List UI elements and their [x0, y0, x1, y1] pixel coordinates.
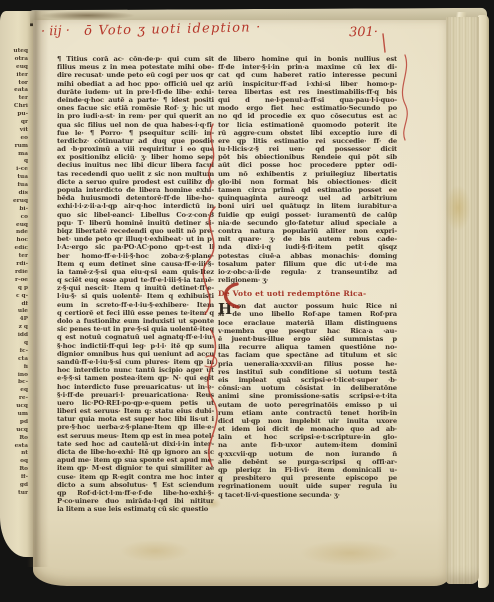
text-fragment: tua: [2, 174, 28, 182]
text-fragment: eō: [2, 135, 28, 143]
text-line: qui d ne·l·penul·a·ff·si qua·pau·l·i·quo…: [218, 96, 397, 104]
text-line: tosalum pater filium que dic ut·i·de ma: [218, 260, 397, 268]
text-fragment: hoc: [2, 237, 28, 245]
text-line: qua sic filius uel non de qua habes·i·q·…: [57, 121, 214, 129]
text-line: tas faciam que spectāne ad titulum et si…: [218, 351, 397, 359]
text-line: apud me· item qp sua sponte est apud me·: [57, 456, 214, 464]
text-line: P·co·uinere duo mirāda·l·qd ibi nititur: [57, 497, 214, 505]
text-line: ad ·b·proximū a viii requiritur i eo que: [57, 145, 214, 153]
text-line: cuse· item qp R·egit contra me hoc inter: [57, 473, 214, 481]
text-line: religionem· ʒ·: [218, 276, 397, 284]
text-line: alie debēnt se purga·scripsi q offi·ar-: [218, 458, 397, 466]
text-line: hoc interdicto nunc tantū iscipio ager u…: [57, 366, 214, 374]
text-line: z·§·qui nescit· Item q inuitū detinet·ff…: [57, 284, 214, 292]
text-fragment: eq: [2, 387, 28, 395]
text-line: terea libertas est res inestimabilis·ff·…: [218, 88, 397, 96]
cover-edge: [478, 15, 489, 588]
text-line: ia tamē·z·§·si qua eiu·q·si eam quis·Ite…: [57, 268, 214, 276]
text-fragment: fūa: [2, 182, 28, 190]
text-fragment: re-: [2, 395, 28, 403]
text-line: na ante fi·b·uxor autem·item dominī: [218, 441, 397, 449]
text-line: ē juent·bus·illue ergo siēd summistas p: [218, 335, 397, 343]
text-fragment: oq: [2, 458, 28, 466]
folio-number: 301·: [349, 25, 378, 41]
text-line: si de uno libello Rof·ape tamen Rof·pra: [218, 310, 397, 318]
text-line: sandū·ff·e·l·iu·§·si cum plures· item qp…: [57, 358, 214, 366]
text-line: modo ergo fiet hec estimatio·Secundo po: [218, 104, 397, 112]
text-line: q sciēt euq esse apud te·ff·e·l·iii·§·ia…: [57, 276, 214, 284]
text-fragment: vit: [2, 127, 28, 135]
text-line: dignior omnibus hus qui ueniunt ad accu: [57, 350, 214, 358]
text-line: lain et hoc scripsi·e·t·scripture·in glo…: [218, 433, 397, 441]
text-fragment: um: [2, 411, 28, 419]
text-line: pria ueneralia·xxxvii·an filius posse he…: [218, 360, 397, 368]
text-fragment: cta: [2, 356, 28, 364]
text-fragment: euq: [2, 64, 28, 72]
text-line: cōnsi:·an uotum cōsistat in deliberatōne: [218, 384, 397, 392]
text-line: l·iu·§· si quis uolentē· Item q exhibuis…: [57, 292, 214, 300]
text-line: q·xxcvii·qp uotum de non iurando ñ: [218, 450, 397, 458]
text-fragment: eata: [2, 87, 28, 95]
text-line: dicto a sum absolutus· ¶ Est sciendum: [57, 481, 214, 489]
text-fragment: df: [2, 301, 28, 309]
text-line: glo·ibi non format bis obiectiones· dici…: [218, 178, 397, 186]
text-fragment: Rō: [2, 435, 28, 443]
text-fragment: nt: [2, 450, 28, 458]
text-line: tor licia estimationē quomodo poterit it…: [218, 121, 397, 129]
text-fragment: Chri: [2, 103, 28, 111]
text-line: dolo a fustionibz eum induxisti ut spont…: [57, 317, 214, 325]
text-line: nda dixi·i·q iudi·§·fi·item petit qisqz: [218, 243, 397, 251]
text-line: tatur quia mota est super hoc libi lis·u…: [57, 415, 214, 423]
facing-page-text-fragments: uteqotraeuqitertoreataterChripu-qrviteōr…: [2, 48, 28, 498]
text-line: ariū inspicitur·ff·ad i·xhi·si liber hom…: [218, 80, 397, 88]
text-line: qp pleriqz in Fi·li·vi· item dominicali …: [218, 466, 397, 474]
text-line: tate sed hoc ad cautelā·ut dixi·i·in int…: [57, 440, 214, 448]
text-line: contra natura populariū aliter non expri…: [218, 227, 397, 235]
text-fragment: fi: [2, 364, 28, 372]
text-line: ones facue sic etiā romēsie Rof· ʒ· hic …: [57, 104, 214, 112]
text-fragment: Rō: [2, 466, 28, 474]
text-line: dicte a seruo quire prodest est cuilibz …: [57, 178, 214, 186]
edge-grime: [40, 11, 135, 20]
text-fragment: ma: [2, 151, 28, 159]
text-fragment: uteq: [2, 48, 28, 56]
text-line: illa recurre aliqua tamen questiōne no-: [218, 343, 397, 351]
text-line: mihi obediat a ad hoc ppo· officiū uel q…: [57, 80, 214, 88]
text-fragment: pu-: [2, 111, 28, 119]
text-line: q certiorē et feci illū esse penes te·it…: [57, 309, 214, 317]
text-line: ber homo·ff·e·l·ii·§·hoc zoba·z·§·plane·: [57, 252, 214, 260]
text-line: animi sine promissione·satis scripsi·e·t…: [218, 392, 397, 400]
text-line: loce eraclaue materiā illam distinguens: [218, 319, 397, 327]
fore-edge-page-stack: [446, 17, 479, 584]
text-line: uero lic·PO·REI·po·qp·e·quem petis ut: [57, 399, 214, 407]
text-fragment: ter: [2, 95, 28, 103]
text-line: eum in screto·ff·e·l·iu·§·exhibere· Item: [57, 301, 214, 309]
text-line: iu·l·licis·z·§ rei uen· qd possessor dic…: [218, 145, 397, 153]
text-line: exhi·l·i·z·ii·a·l·qp air·q·hoc interdict…: [57, 202, 214, 210]
right-column-lines-before: de libero homine qui in bonis nullius es…: [218, 55, 397, 284]
text-line: v·membra que pseqtur hac Rica·a ·au-: [218, 327, 397, 335]
text-line: filius meus z in mea potestate mihi obe-: [57, 63, 214, 71]
text-fragment: euq: [2, 222, 28, 230]
text-line: dire recusat· unde peto eū cogi per uos …: [57, 71, 214, 79]
book-photo: uteqotraeuqitertoreataterChripu-qrviteōr…: [0, 0, 494, 602]
text-line: biqz libertatē recedendi quo uelit nō pr…: [57, 227, 214, 235]
text-fragment: r-oe: [2, 277, 28, 285]
text-fragment: i-ce: [2, 166, 28, 174]
text-fragment: iter: [2, 72, 28, 80]
text-line: potestas ciuē·a abbas monachis· doming: [218, 252, 397, 260]
text-line: popula interdicto de libera homine exhi-: [57, 186, 214, 194]
text-line: quo sic libel·eanci· Libellus Co·z·con·8: [57, 211, 214, 219]
text-fragment: ucq: [2, 403, 28, 411]
text-fragment: tur: [2, 490, 28, 498]
text-fragment: q p: [2, 285, 28, 293]
right-column-lines-after: H non dat auctor possum huic Rice nisi d…: [218, 302, 397, 499]
text-line: um nō exhibentis z priuilegiuz libertati…: [218, 170, 397, 178]
text-line: deinde·q·hoc autē a parte· ¶ idest posit…: [57, 96, 214, 104]
text-line: pqu· T· liberū hominē inuitū detiner si-: [57, 219, 214, 227]
text-line: de libero homine qui in bonis nullius es…: [218, 55, 397, 63]
text-fragment: q: [2, 158, 28, 166]
text-line: qp Rof·d·ict·l·m·ff·e·f·de libe·ho·exhi·…: [57, 489, 214, 497]
text-line: eutam de uoto peregrinatōis emisso p ui: [218, 401, 397, 409]
text-fragment: 4P: [2, 316, 28, 324]
text-line: res instituī sub conditione si uotum tes…: [218, 368, 397, 376]
text-line: durāte iudem· ut in pre·l·fi·de libe· ex…: [57, 88, 214, 96]
text-line: terdicbz· cōtinuatur ad duq que posdie: [57, 137, 214, 145]
text-fragment: tor: [2, 80, 28, 88]
text-line: in pro iudi·a·st· in rem· per qui querit…: [57, 112, 214, 120]
text-fragment: rdie: [2, 269, 28, 277]
text-fragment: pd: [2, 419, 28, 427]
text-line: Item q eum detinet sine causa·ff·e·iii·§…: [57, 260, 214, 268]
text-fragment: dis: [2, 190, 28, 198]
text-line: bet· unde peto qr illuq·t·exhibeat· ut i…: [57, 235, 214, 243]
text-fragment: co: [2, 214, 28, 222]
text-line: tas recedendi quo uelit z sic non multum: [57, 170, 214, 178]
text-fragment: bi-: [2, 206, 28, 214]
text-line: l·A:·ergo sic pa·PO·AC·pono qp·t·est li: [57, 243, 214, 251]
gutter-shadow: [27, 11, 49, 567]
text-line: boni uiri uel quātuqz in litem iurabitur…: [218, 202, 397, 210]
text-fragment: rum: [2, 143, 28, 151]
header-signature: · iij ·: [41, 24, 70, 40]
text-line: q est notuū cognatuū uel agnatq·ff·e·l·i…: [57, 333, 214, 341]
text-line: nia·de secundo glo·fatetur aliud special…: [218, 219, 397, 227]
text-line: decius inuitus nec libi dicur libera fac…: [57, 161, 214, 169]
text-line: no qd id procedie ex quo cōsecutus est a…: [218, 112, 397, 120]
text-line: mit quare· ʒ· de bis autem rebus cade-: [218, 235, 397, 243]
text-fragment: qr: [2, 119, 28, 127]
text-line: eis impleat quā scripsi·e·t·licet·super …: [218, 376, 397, 384]
text-fragment: fc-: [2, 348, 28, 356]
text-fragment: nde: [2, 229, 28, 237]
text-fragment: ucq: [2, 427, 28, 435]
text-line: rum etiam ante contractū tenet horib·in: [218, 409, 397, 417]
left-column-lines: ¶ Titius corā ac· cōn·de·p· qui cum sitf…: [57, 55, 214, 514]
text-line: fuidie qp euigi posset· iuramentū de cal…: [218, 211, 397, 219]
text-fragment: q: [2, 340, 28, 348]
text-line: rū aggre·cum obstet libi exceptio iure d…: [218, 129, 397, 137]
text-line: §·hoc indictii·ff·qui leg· p·l·i· itē qp…: [57, 342, 214, 350]
text-fragment: idd: [2, 332, 28, 340]
text-line: ex positionibz eliciū· ʒ· liber homo sep…: [57, 153, 214, 161]
text-line: ere qp litis estimatio rei succedie· ff·…: [218, 137, 397, 145]
text-fragment: inō: [2, 372, 28, 380]
text-line: §·i·ff·de preuari·l· preuaricationa· Reu…: [57, 391, 214, 399]
text-fragment: edic: [2, 245, 28, 253]
text-fragment: otra: [2, 56, 28, 64]
text-line: item qp· M·est dignior te qui similiter …: [57, 464, 214, 472]
text-line: non dat auctor possum huic Rice ni: [218, 302, 397, 310]
text-fragment: esta: [2, 443, 28, 451]
text-line: e·§·§·si tamen postea·item qp· N· qui eg…: [57, 374, 214, 382]
text-line: dicd ul·qp non implebit uir inuita uxore: [218, 417, 397, 425]
text-line: io·z·obc·a·ii·de regula· z transeuntibz …: [218, 268, 397, 276]
text-line: q presbitero qui presente episcopo pe: [218, 474, 397, 482]
text-fragment: ter: [2, 253, 28, 261]
text-fragment: gd: [2, 482, 28, 490]
text-line: hoc interdicto fuse preuaricatus· ut in·…: [57, 383, 214, 391]
text-fragment: bc-: [2, 379, 28, 387]
text-line: et idem ioi dicit de monacho quo ad ab·: [218, 425, 397, 433]
text-line: est seruus meus· Item qp est in mea pote…: [57, 432, 214, 440]
text-line: bēda huiusmodi detentorē·ff·de libe·ho-: [57, 194, 214, 202]
text-line: fue le· ¶ Porro· ¶ psequitur scili· in-: [57, 129, 214, 137]
text-fragment: ule: [2, 308, 28, 316]
text-line: pōt bis obiectionibus Rendeie qui pōt si…: [218, 153, 397, 161]
text-fragment: eruq: [2, 198, 28, 206]
text-line: liberi est seruus· Item q: statu eius du…: [57, 407, 214, 415]
text-line: pre·§·hoc uerba·z·§·plane·Item qp ille·e…: [57, 423, 214, 431]
text-line: sic penes te·ut in pre·§·si quia uolentē…: [57, 325, 214, 333]
drop-cap-initial: H: [218, 302, 231, 318]
text-line: q tacet·li·vi·questione secunda· ʒ·: [218, 491, 397, 499]
section-heading-de-voto: De Voto et uoti redemptōne Rica-: [218, 289, 397, 298]
text-line: ia litem a sue leis estimatq cū sic ques…: [57, 505, 214, 513]
text-column-right: de libero homine qui in bonis nullius es…: [218, 55, 397, 499]
text-line: ¶ Titius corā ac· cōn·de·p· qui cum sit: [57, 55, 214, 63]
text-line: tamen circa primā qd estimatio posset ee: [218, 186, 397, 194]
text-fragment: z q: [2, 324, 28, 332]
text-line: dicta de libe·ho·exhi· Itē qp ignoro an …: [57, 448, 214, 456]
text-fragment: rdi-: [2, 261, 28, 269]
text-line: ff·de inter·§·i·in prin·a maxime cū lex …: [218, 63, 397, 71]
text-fragment: c q-: [2, 293, 28, 301]
text-column-left: ¶ Titius corā ac· cōn·de·p· qui cum sitf…: [57, 55, 214, 514]
text-line: quinquaginta aureoqz uel ad arbitrium: [218, 194, 397, 202]
text-line: regrinationem uouit uide super regula iu: [218, 482, 397, 490]
text-line: cat qd cum haberet ratio interesse pecun…: [218, 71, 397, 79]
text-fragment: ff-: [2, 474, 28, 482]
text-line: aūt dici posse hoc procedere ppter odi-: [218, 161, 397, 169]
